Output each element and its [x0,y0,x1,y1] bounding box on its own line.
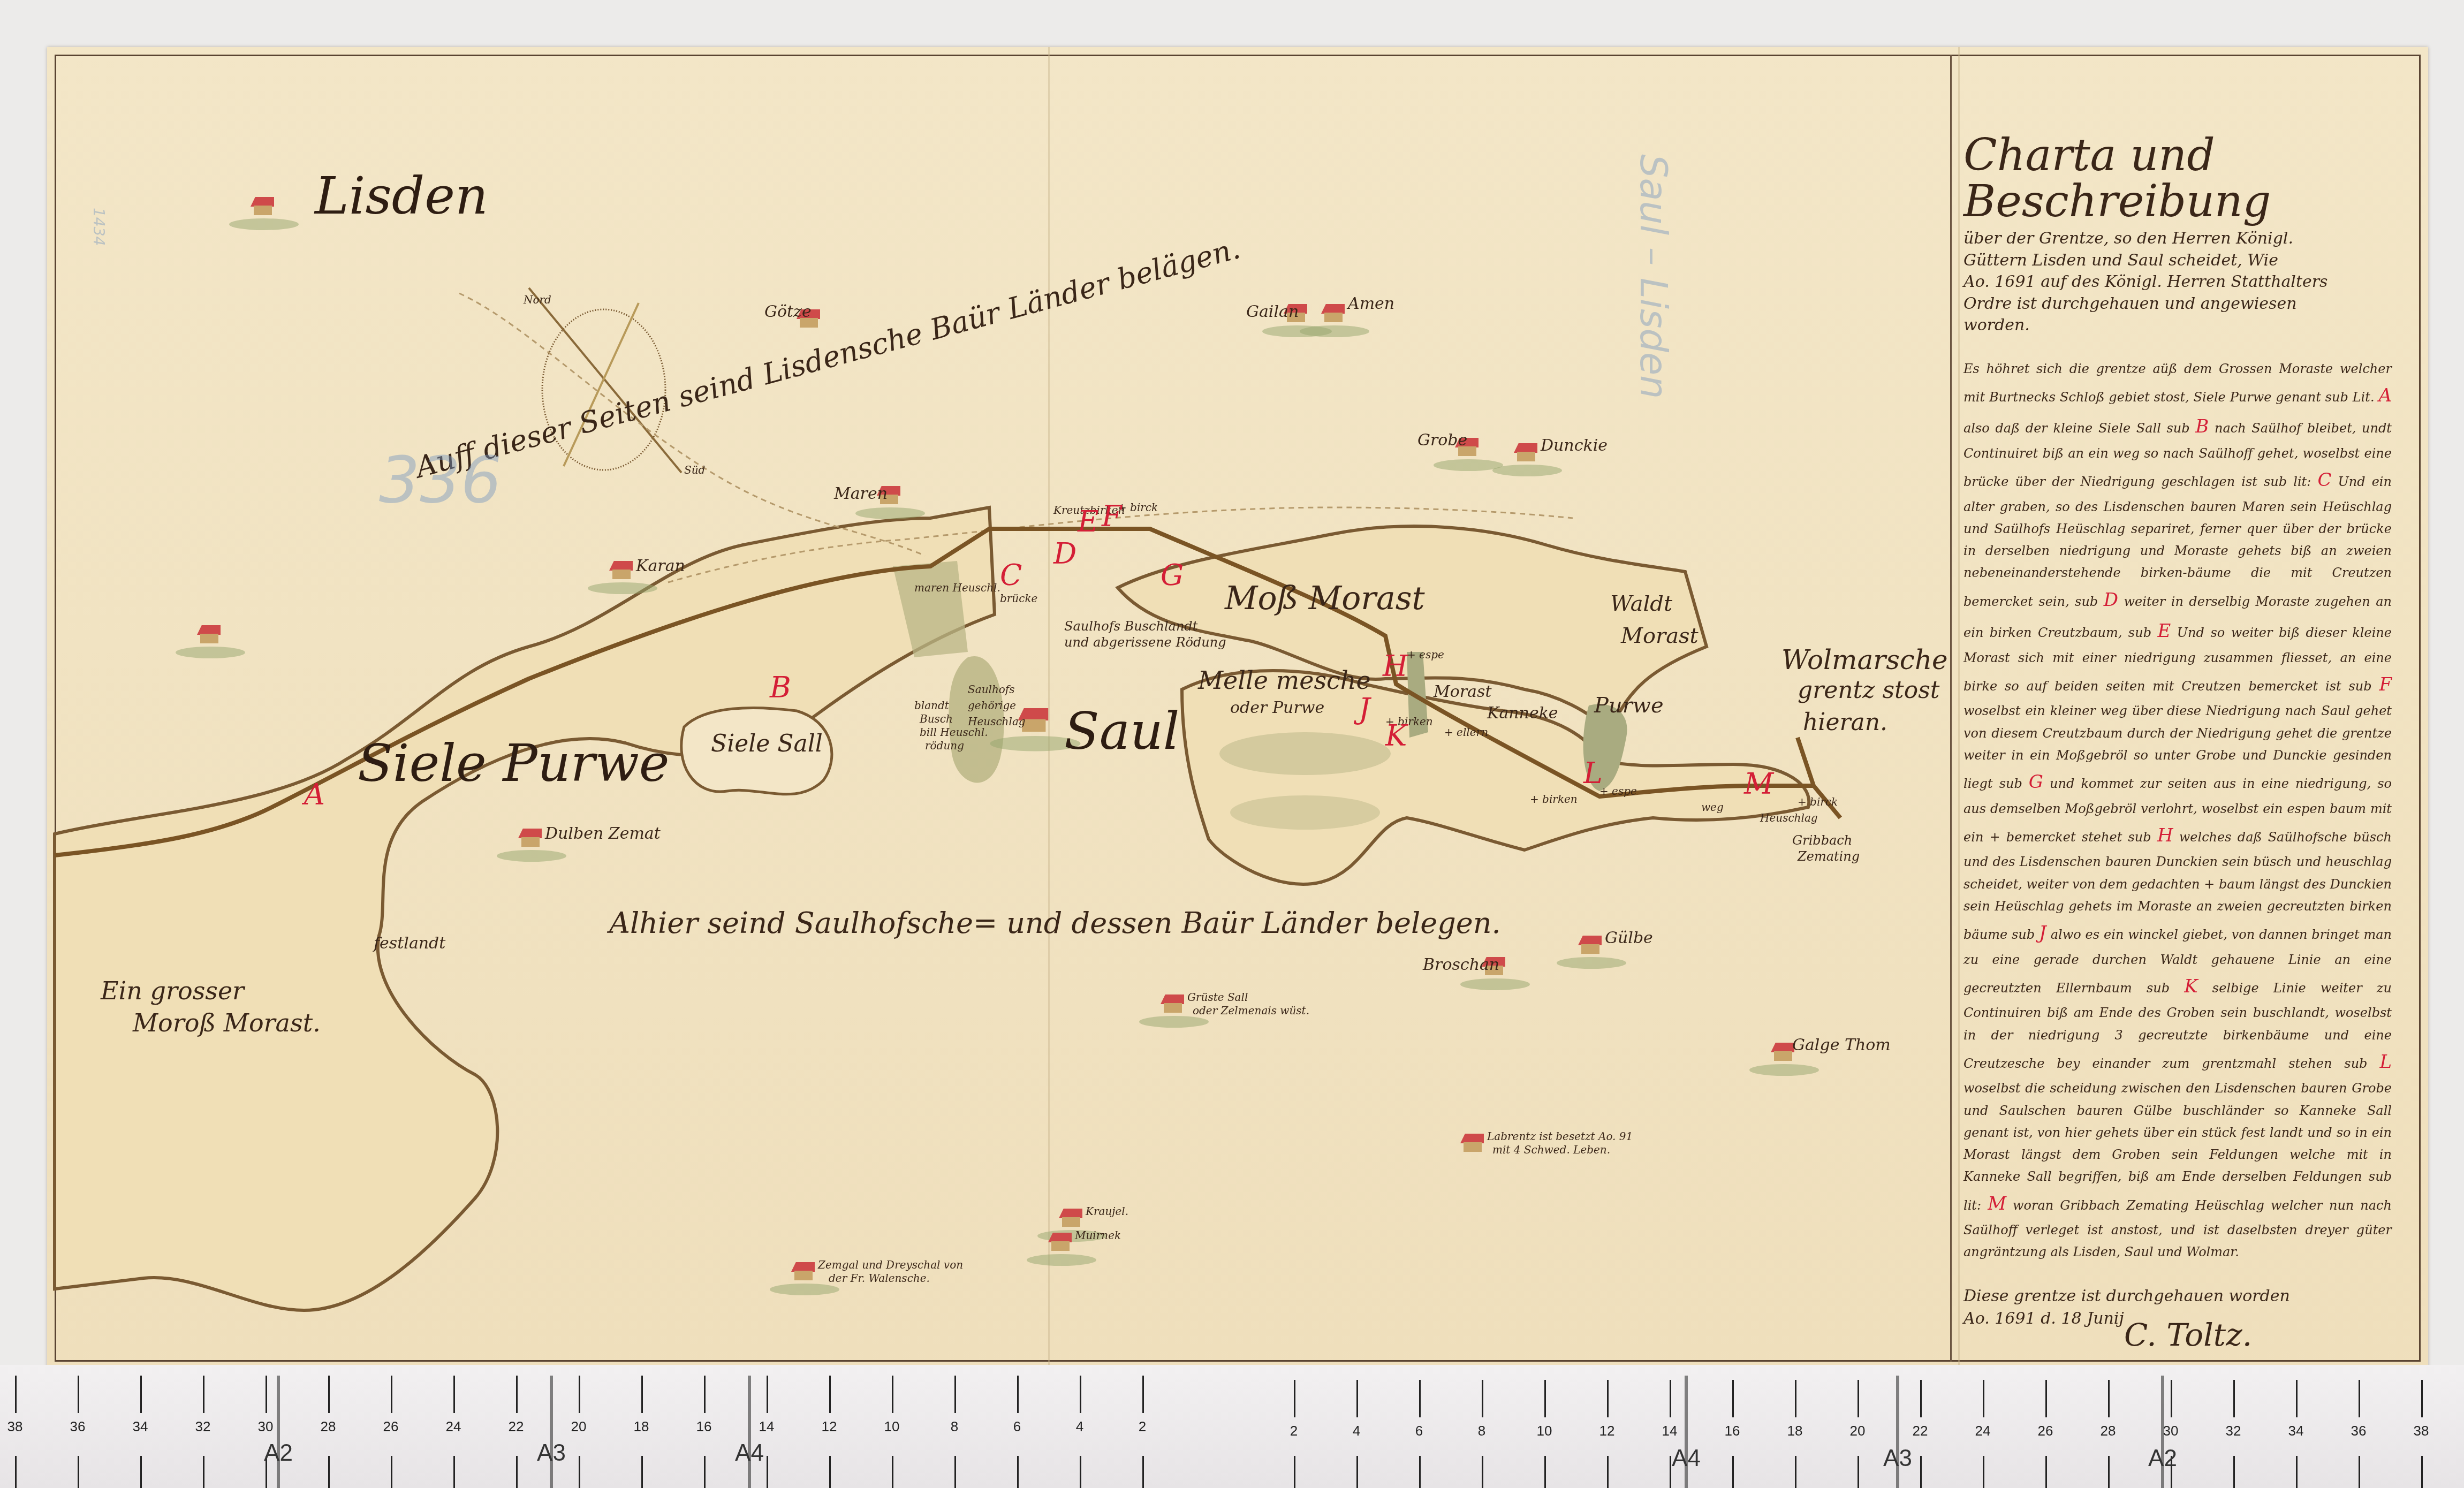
ruler-tick [266,1376,267,1413]
house-icon-farm [197,625,221,643]
village-label: oder Zelmenais wüst. [1193,1005,1309,1016]
village-label: Kraujel. [1086,1206,1128,1217]
ruler-tick [1920,1380,1922,1417]
ruler-tick [516,1456,518,1488]
boundary-reference: L [2379,1051,2392,1073]
subtitle-line: Ordre ist durchgehauen und angewiesen [1963,293,2392,315]
ruler-tick [767,1376,768,1413]
ruler-tick [1356,1456,1358,1488]
ruler-tick [1983,1456,1984,1488]
ruler-tick [579,1456,580,1488]
boundary-reference: D [2104,589,2118,611]
label-gross-morast-2: Moroß Morast. [133,1011,321,1035]
label-gribbach-zemating: Zemating [1798,850,1860,863]
village-label: Galge Thom [1792,1037,1891,1053]
ruler-tick [1544,1456,1546,1488]
label-saul-side: Alhier seind Saulhofsche= und dessen Baü… [609,909,1501,938]
paper-format-line [277,1376,280,1488]
label-blandt-3: bill Heuschl. [920,727,988,738]
description-body: Es höhret sich die grentze aüß dem Gross… [1963,358,2392,1264]
ruler-number: 18 [634,1418,649,1435]
ruler-number: 34 [133,1418,148,1435]
ruler-tick [1607,1456,1609,1488]
ruler-tick [140,1456,142,1488]
village-label: Muirnek [1075,1230,1121,1241]
pencil-inventory-number: 336 [379,443,502,518]
house-icon-zemgal [791,1262,815,1280]
label-festlandt: festlandt [374,936,445,952]
village-label: mit 4 Schwed. Leben. [1492,1144,1610,1155]
ruler-tick [78,1456,79,1488]
document-title: Charta und Beschreibung [1963,133,2392,225]
boundary-marker-d: D [1053,540,1076,568]
label-wolmarsche: Wolmarsche [1781,647,1948,673]
paper-format-line [748,1376,751,1488]
boundary-marker-a: A [304,780,325,809]
label-blandt-4: rödung [925,740,964,751]
boundary-marker-m: M [1744,770,1773,799]
pencil-side-number: 1434 [90,208,108,246]
ruler-tick [1920,1456,1922,1488]
paper-format-line [1896,1376,1899,1488]
meadow-wash [1230,795,1380,830]
measurement-ruler: 3836343230282624222018161412108642246810… [0,1365,2464,1488]
ruler-number: 26 [2038,1423,2053,1439]
village-label: Labrentz ist besetzt Ao. 91 [1487,1131,1633,1142]
ruler-number: 28 [321,1418,336,1435]
ruler-number: 34 [2288,1423,2304,1439]
compass-south-label: Süd [684,465,705,475]
house-icon-lisden [251,197,274,215]
ruler-tick [2421,1456,2423,1488]
compass-north-label: Nord [524,294,551,305]
ruler-tick [2296,1456,2298,1488]
village-label: Maren [834,486,888,502]
label-blandt-2: Busch [920,713,953,724]
ruler-number: 6 [1415,1423,1423,1439]
ruler-number: 36 [70,1418,86,1435]
house-icon-gruste-sall [1161,994,1184,1013]
house-icon-karan [609,561,633,579]
ruler-number: 4 [1076,1418,1083,1435]
village-label: Gülbe [1605,930,1653,946]
ruler-number: 2 [1139,1418,1146,1435]
area-label-siele-purwe: Siele Purwe [358,738,670,789]
label-plus-birck: + birck [1118,502,1158,513]
ruler-number: 18 [1787,1423,1803,1439]
village-label: Dulben Zemat [545,826,661,842]
ruler-number: 32 [195,1418,211,1435]
ruler-tick [391,1376,392,1413]
ruler-tick [2108,1456,2110,1488]
boundary-reference: G [2029,771,2043,793]
boundary-marker-l: L [1583,759,1603,788]
area-label-morast: Morast [1434,684,1491,700]
ruler-number: 10 [884,1418,900,1435]
ruler-number: 16 [1725,1423,1740,1439]
ruler-tick [954,1456,956,1488]
ruler-tick [2296,1380,2298,1417]
ruler-number: 38 [7,1418,23,1435]
description-text: Es höhret sich die grentze aüß dem Gross… [1963,361,2392,405]
ruler-tick [15,1376,17,1413]
ruler-tick [391,1456,392,1488]
ruler-tick [892,1456,893,1488]
description-text: woran Gribbach Zemating Heüschlag welche… [1963,1198,2392,1260]
ruler-number: 8 [1478,1423,1485,1439]
ruler-tick [2171,1380,2172,1417]
ruler-tick [1142,1456,1144,1488]
boundary-marker-k: K [1385,722,1407,750]
area-label-melle-mesche-sub: oder Purwe [1230,700,1324,716]
ruler-tick [1017,1376,1019,1413]
area-label-purwe: Purwe [1594,695,1664,716]
area-label-moss-morast: Moß Morast [1225,582,1425,614]
ruler-tick [1607,1380,1609,1417]
village-label: Amen [1348,296,1394,312]
closing-line: Diese grentze ist durchgehauen worden [1963,1285,2392,1308]
ruler-tick [704,1456,706,1488]
ruler-number: 24 [446,1418,461,1435]
ruler-number: 26 [383,1418,399,1435]
signature: C. Toltz. [2124,1319,2392,1350]
village-label: Götze [764,304,812,320]
ruler-tick [1080,1456,1081,1488]
label-saulhofs-buschlandt: Saulhofs Buschlandt [1064,620,1197,633]
ruler-tick [1080,1376,1081,1413]
place-label-lisden: Lisden [315,170,488,222]
boundary-reference: C [2317,469,2331,491]
map-sheet: Lisden Saul Siele Purwe Siele Sall Moß M… [47,47,2428,1369]
ruler-number: 2 [1290,1423,1298,1439]
ruler-tick [1732,1380,1734,1417]
ruler-number: 14 [1662,1423,1678,1439]
boundary-marker-j: J [1359,695,1370,724]
ruler-number: 20 [1850,1423,1866,1439]
ruler-tick [2233,1456,2235,1488]
ruler-tick [704,1376,706,1413]
paper-format-line [2161,1376,2164,1488]
label-plus-birken-2: + birken [1530,794,1578,804]
ruler-number: 30 [258,1418,274,1435]
ruler-tick [1983,1380,1984,1417]
ruler-tick [1544,1380,1546,1417]
ruler-tick [453,1376,455,1413]
paper-format-line [1685,1376,1688,1488]
label-bruecke: brücke [1000,593,1037,604]
boundary-marker-g: G [1161,561,1184,590]
ruler-tick [892,1376,893,1413]
village-label: Zemgal und Dreyschal von [818,1259,963,1270]
ruler-tick [1795,1456,1796,1488]
description-text: woselbst die scheidung zwischen den Lisd… [1963,1081,2392,1212]
label-wolmarsche-grentz: grentz stost [1798,679,1939,702]
ruler-tick [1482,1456,1483,1488]
ruler-number: 28 [2101,1423,2116,1439]
ruler-number: 24 [1975,1423,1991,1439]
boundary-reference: E [2158,620,2171,642]
ruler-tick [954,1376,956,1413]
boundary-marker-e: E [1078,507,1098,536]
label-heuschlag: Heuschlag [1760,813,1818,823]
ruler-tick [1419,1456,1421,1488]
house-icon-galge-thom [1771,1043,1794,1061]
ruler-number: 4 [1353,1423,1360,1439]
description-text: welches daß Saülhofsche büsch und des Li… [1963,830,2392,942]
label-gross-morast-1: Ein grosser [101,978,244,1003]
boundary-marker-f: F [1102,502,1121,531]
ruler-tick [1858,1456,1859,1488]
ruler-tick [1142,1376,1144,1413]
ruler-tick [829,1376,831,1413]
village-label: der Fr. Walensche. [829,1273,930,1284]
ruler-tick [328,1376,330,1413]
ruler-tick [1732,1456,1734,1488]
boundary-marker-h: H [1383,652,1408,681]
ruler-tick [1294,1380,1295,1417]
label-gribbach: Gribbach [1792,834,1852,847]
ruler-tick [2108,1380,2110,1417]
area-label-kanneke: Kanneke [1487,705,1558,722]
ruler-tick [328,1456,330,1488]
meadow-wash [1219,732,1391,775]
description-panel: Charta und Beschreibung über der Grentze… [1963,133,2392,1350]
ruler-number: 32 [2226,1423,2241,1439]
ruler-tick [1670,1380,1671,1417]
village-label: Gailan [1246,304,1299,320]
ruler-number: 12 [822,1418,837,1435]
document-subtitle: über der Grentze, so den Herren Königl. … [1963,228,2392,337]
ruler-number: 22 [1913,1423,1928,1439]
boundary-marker-b: B [770,673,791,702]
ruler-number: 14 [759,1418,775,1435]
area-label-waldt: Waldt [1610,593,1672,614]
house-icon-muirnek [1048,1233,1072,1251]
boundary-marker-c: C [1000,561,1022,590]
boundary-reference: K [2184,976,2197,997]
ruler-tick [1670,1456,1671,1488]
place-label-saul: Saul [1064,705,1180,757]
subtitle-line: worden. [1963,315,2392,337]
label-weg: weg [1701,802,1724,813]
house-icon-kraujel [1059,1209,1082,1227]
ruler-tick [1858,1380,1859,1417]
ruler-tick [2233,1380,2235,1417]
ruler-number: 12 [1599,1423,1615,1439]
ruler-number: 8 [951,1418,958,1435]
ruler-number: 10 [1537,1423,1552,1439]
ruler-tick [1419,1380,1421,1417]
house-icon-guelbe [1578,936,1602,954]
label-wolmarsche-hieran: hieran. [1803,711,1887,734]
ruler-tick [2421,1380,2423,1417]
boundary-reference: B [2195,416,2209,437]
label-saulhofs-heuschlag-2: gehörige [968,700,1016,711]
subtitle-line: Ao. 1691 auf des Königl. Herren Statthal… [1963,271,2392,293]
ruler-tick [453,1456,455,1488]
boundary-reference: J [2039,922,2046,944]
ruler-number: 20 [571,1418,587,1435]
label-saulhofs-buschlandt-2: und abgerissene Rödung [1064,636,1226,649]
village-label: Dunckie [1541,438,1608,454]
village-label: Broschan [1423,957,1499,973]
house-icon-labrentz [1460,1134,1484,1152]
ruler-tick [1017,1456,1019,1488]
label-plus-birck-2: + birck [1798,796,1838,807]
village-label: Grobe [1417,432,1467,449]
area-label-siele-sall: Siele Sall [711,732,823,756]
ruler-number: 36 [2351,1423,2367,1439]
village-label: Karan [636,558,685,574]
ruler-number: 38 [2414,1423,2429,1439]
ruler-tick [829,1456,831,1488]
area-label-waldt-morast: Morast [1621,625,1699,647]
ruler-tick [641,1456,643,1488]
ruler-tick [2359,1456,2360,1488]
house-icon-dunckie [1514,443,1537,461]
house-icon-dulben [518,829,542,847]
ruler-tick [1482,1380,1483,1417]
ruler-tick [579,1376,580,1413]
ruler-tick [2045,1456,2047,1488]
label-blandt: blandt [914,700,949,711]
subtitle-line: Güttern Lisden und Saul scheidet, Wie [1963,250,2392,272]
boundary-reference: A [2378,385,2392,406]
ruler-tick [516,1376,518,1413]
label-saulhofs-heuschlag: Saulhofs [968,684,1015,695]
ruler-tick [1795,1380,1796,1417]
ruler-tick [140,1376,142,1413]
label-plus-espe-2: + espe [1599,786,1637,796]
area-label-melle-mesche: Melle mesche [1198,668,1371,693]
ruler-tick [203,1456,204,1488]
description-text: also daß der kleine Siele Sall sub [1963,421,2190,436]
description-text: Und ein alter graben, so des Lisdenschen… [1963,474,2392,609]
paper-format-line [550,1376,553,1488]
ruler-tick [1356,1380,1358,1417]
ruler-tick [203,1376,204,1413]
ruler-tick [767,1456,768,1488]
label-saulhofs-heuschlag-3: Heuschlag [968,716,1026,727]
house-icon-amen [1321,304,1345,322]
ruler-number: 30 [2163,1423,2179,1439]
ruler-number: 22 [509,1418,524,1435]
subtitle-line: über der Grentze, so den Herren Königl. [1963,228,2392,250]
ruler-tick [2045,1380,2047,1417]
label-plus-ellern: + ellern [1444,727,1488,738]
boundary-reference: H [2157,825,2173,846]
ruler-number: 6 [1013,1418,1021,1435]
label-maren-heuschl: maren Heuschl. [914,582,1000,593]
ruler-tick [1294,1456,1295,1488]
village-label: Grüste Sall [1187,992,1248,1003]
ruler-tick [15,1456,17,1488]
ruler-tick [78,1376,79,1413]
label-plus-espe: + espe [1407,649,1444,660]
boundary-reference: F [2379,674,2392,695]
boundary-reference: M [1988,1193,2006,1214]
ruler-tick [2359,1380,2360,1417]
pencil-vertical-note: Saul – Lisden [1632,154,1675,399]
ruler-tick [641,1376,643,1413]
ruler-number: 16 [696,1418,712,1435]
